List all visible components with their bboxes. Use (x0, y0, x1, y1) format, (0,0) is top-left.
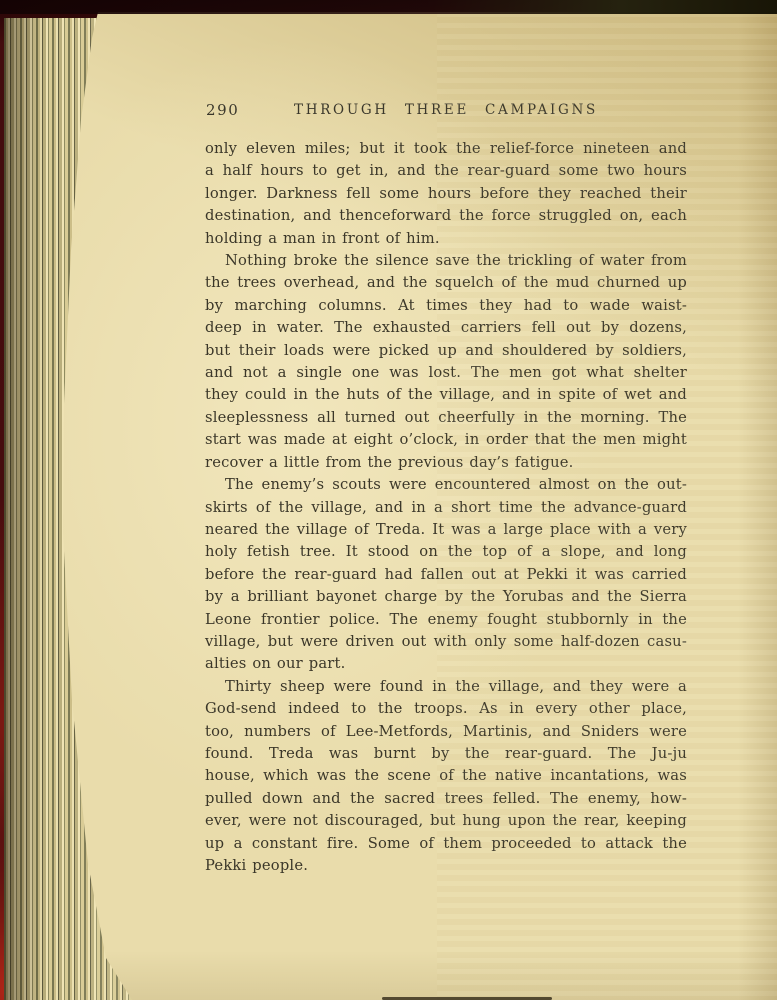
cover-top-edge (0, 0, 777, 14)
book-scan: 290 THROUGH THREE CAMPAIGNS only eleven … (0, 0, 777, 1000)
page-number: 290 (206, 101, 239, 119)
scan-streaks (437, 12, 777, 1000)
